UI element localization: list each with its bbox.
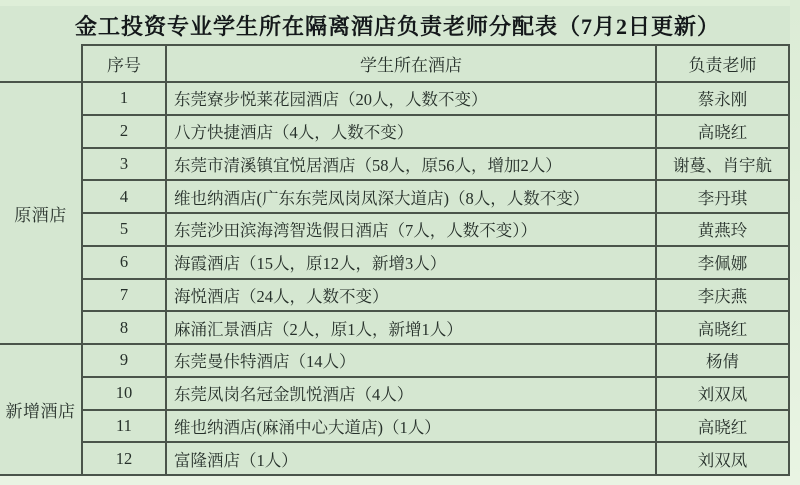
- group-label: 新增酒店: [0, 345, 83, 476]
- teacher-name-cell: 谢蔓、肖宇航: [657, 149, 790, 182]
- header-index-cell: 序号: [83, 44, 167, 83]
- row-index-cell: 10: [83, 378, 167, 411]
- teacher-name-cell: 杨倩: [657, 345, 790, 378]
- row-index-cell: 3: [83, 149, 167, 182]
- row-index-cell: 9: [83, 345, 167, 378]
- header-teacher-cell: 负责老师: [657, 44, 790, 83]
- hotel-name-cell: 八方快捷酒店（4人，人数不变）: [167, 116, 657, 149]
- teacher-name-cell: 高晓红: [657, 116, 790, 149]
- row-index-cell: 4: [83, 181, 167, 214]
- row-index-cell: 12: [83, 443, 167, 476]
- teacher-name-cell: 高晓红: [657, 411, 790, 444]
- row-index-cell: 6: [83, 247, 167, 280]
- row-index-cell: 5: [83, 214, 167, 247]
- hotel-name-cell: 富隆酒店（1人）: [167, 443, 657, 476]
- photo-edge-right: [790, 0, 800, 485]
- teacher-name-cell: 刘双凤: [657, 378, 790, 411]
- photo-edge-bottom: [0, 476, 800, 485]
- hotel-name-cell: 海悦酒店（24人，人数不变）: [167, 280, 657, 313]
- teacher-name-cell: 李佩娜: [657, 247, 790, 280]
- hotel-name-cell: 维也纳酒店(麻涌中心大道店)（1人）: [167, 411, 657, 444]
- assignment-table: 序号 学生所在酒店 负责老师 原酒店1东莞寮步悦莱花园酒店（20人，人数不变）蔡…: [0, 44, 790, 476]
- teacher-name-cell: 蔡永刚: [657, 83, 790, 116]
- hotel-name-cell: 东莞曼佧特酒店（14人）: [167, 345, 657, 378]
- row-index-cell: 8: [83, 312, 167, 345]
- photo-edge-top: [0, 0, 800, 6]
- teacher-name-cell: 李庆燕: [657, 280, 790, 313]
- row-index-cell: 7: [83, 280, 167, 313]
- teacher-name-cell: 李丹琪: [657, 181, 790, 214]
- teacher-name-cell: 黄燕玲: [657, 214, 790, 247]
- hotel-name-cell: 海霞酒店（15人，原12人，新增3人）: [167, 247, 657, 280]
- teacher-name-cell: 高晓红: [657, 312, 790, 345]
- hotel-name-cell: 东莞寮步悦莱花园酒店（20人，人数不变）: [167, 83, 657, 116]
- hotel-name-cell: 东莞市清溪镇宜悦居酒店（58人，原56人，增加2人）: [167, 149, 657, 182]
- hotel-name-cell: 维也纳酒店(广东东莞凤岗凤深大道店)（8人，人数不变）: [167, 181, 657, 214]
- header-category-cell: [0, 44, 83, 83]
- row-index-cell: 11: [83, 411, 167, 444]
- hotel-name-cell: 东莞凤岗名冠金凯悦酒店（4人）: [167, 378, 657, 411]
- teacher-name-cell: 刘双凤: [657, 443, 790, 476]
- header-hotel-cell: 学生所在酒店: [167, 44, 657, 83]
- hotel-name-cell: 麻涌汇景酒店（2人，原1人，新增1人）: [167, 312, 657, 345]
- row-index-cell: 2: [83, 116, 167, 149]
- hotel-name-cell: 东莞沙田滨海湾智选假日酒店（7人，人数不变））: [167, 214, 657, 247]
- page-title: 金工投资专业学生所在隔离酒店负责老师分配表（7月2日更新）: [0, 10, 795, 41]
- row-index-cell: 1: [83, 83, 167, 116]
- group-label: 原酒店: [0, 83, 83, 345]
